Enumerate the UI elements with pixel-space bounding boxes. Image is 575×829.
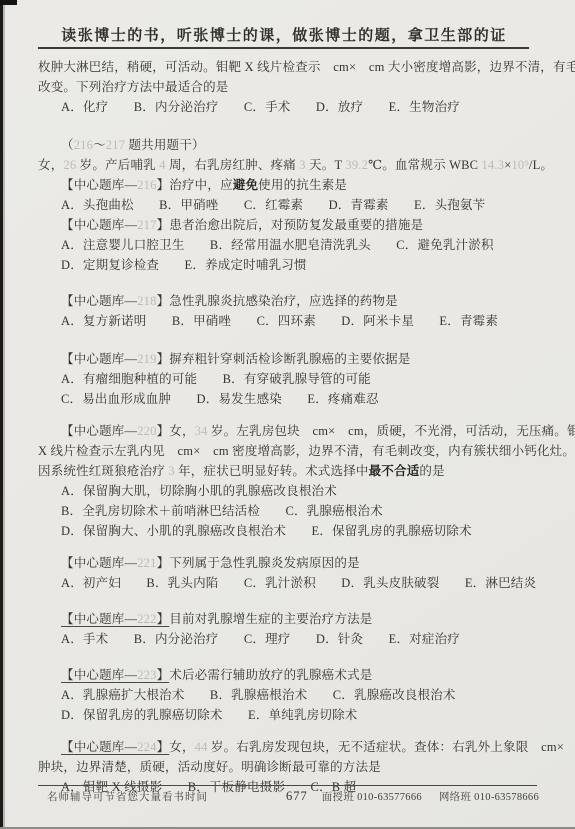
q223-options-1: A．乳腺癌扩大根治术 B．乳腺癌根治术 C．乳腺癌改良根治术 (38, 685, 538, 705)
footer-contact-classroom: 面授班 010-63577666 (322, 792, 422, 803)
page-footer: 名师辅导可节省您大量看书时间 677 面授班 010-63577666 网络班 … (38, 789, 537, 804)
shared-stem-text: 女，26 岁。产后哺乳 4 周，右乳房红肿、疼痛 3 天。T 39.2℃。血常规… (38, 155, 538, 175)
footer-page-number: 677 (286, 789, 308, 804)
intro-continuation-line-1: 枚肿大淋巴结，稍硬，可活动。钼靶 X 线片检查示 cm× cm 大小密度增高影，… (38, 57, 538, 77)
footer-rule (38, 785, 537, 786)
q221-header: 【中心题库—221】下列属于急性乳腺炎发病原因的是 (38, 553, 538, 573)
q220-option-a: A．保留胸大肌，切除胸小肌的乳腺癌改良根治术 (38, 481, 538, 501)
q217-options-1: A．注意婴儿口腔卫生 B．经常用温水肥皂清洗乳头 C．避免乳汁淤积 (38, 235, 538, 255)
scan-corner-mark (0, 0, 17, 5)
q224-header: 【中心题库—224】女，44 岁。右乳房发现包块，无不适症状。查体：右乳外上象限… (38, 737, 538, 757)
header-slogan: 读张博士的书，听张博士的课，做张博士的题，拿卫生部的证 (38, 24, 530, 45)
q220-header: 【中心题库—220】女，34 岁。左乳房包块 cm× cm，质硬，不光滑，可活动… (38, 421, 538, 441)
q219-header: 【中心题库—219】摒弃粗针穿刺活检诊断乳腺癌的主要依据是 (38, 349, 538, 369)
intro-options: A．化疗 B．内分泌治疗 C．手术 D．放疗 E．生物治疗 (38, 97, 538, 117)
scan-edge-left-shadow (3, 0, 5, 829)
intro-continuation-line-2: 改变。下列治疗方法中最适合的是 (38, 77, 538, 97)
q220-options-de: D．保留胸大、小肌的乳腺癌改良根治术 E．保留乳房的乳腺癌切除术 (38, 521, 538, 541)
q223-options-2: D．保留乳房的乳腺癌切除术 E．单纯乳房切除术 (38, 705, 538, 725)
q220-stem-line-3: 因系统性红斑狼疮治疗 3 年，症状已明显好转。术式选择中最不合适的是 (38, 461, 538, 481)
footer-contact-online: 网络班 010-63578666 (439, 792, 539, 803)
q223-header: 【中心题库—223】术后必需行辅助放疗的乳腺癌术式是 (38, 665, 538, 685)
q219-options-1: A．有瘤细胞种植的可能 B．有穿破乳腺导管的可能 (38, 369, 538, 389)
header-rule (38, 47, 529, 49)
q220-stem-line-2: X 线片检查示左乳内见 cm× cm 密度增高影，边界不清，有毛刺改变，内有簇状… (38, 441, 538, 461)
q218-options: A．复方新诺明 B．甲硝唑 C．四环素 D．阿米卡星 E．青霉素 (38, 311, 538, 331)
q218-header: 【中心题库—218】急性乳腺炎抗感染治疗，应选择的药物是 (38, 291, 538, 311)
scanned-exam-page: 读张博士的书，听张博士的课，做张博士的题，拿卫生部的证 枚肿大淋巴结，稍硬，可活… (0, 0, 575, 829)
q219-options-2: C．易出血形成血肿 D．易发生感染 E．疼痛难忍 (38, 389, 538, 409)
q221-options: A．初产妇 B．乳头内陷 C．乳汁淤积 D．乳头皮肤破裂 E．淋巴结炎 (38, 573, 538, 593)
q222-options: A．手术 B．内分泌治疗 C．理疗 D．针灸 E．对症治疗 (38, 629, 538, 649)
q216-header: 【中心题库—216】治疗中，应避免使用的抗生素是 (38, 175, 538, 195)
q222-header: 【中心题库—222】目前对乳腺增生症的主要治疗方法是 (38, 609, 538, 629)
shared-stem-label: （216～217 题共用题干） (38, 135, 538, 155)
q220-options-bc: B．全乳房切除术＋前哨淋巴结活检 C．乳腺癌根治术 (38, 501, 538, 521)
question-content: 枚肿大淋巴结，稍硬，可活动。钼靶 X 线片检查示 cm× cm 大小密度增高影，… (38, 57, 538, 797)
q216-options: A．头孢曲松 B．甲硝唑 C．红霉素 D．青霉素 E．头孢氨苄 (38, 195, 538, 215)
q224-stem-line-2: 肿块，边界清楚，质硬，活动度好。明确诊断最可靠的方法是 (38, 757, 538, 777)
footer-contacts: 面授班 010-63577666 网络班 010-63578666 (308, 789, 539, 804)
q217-header: 【中心题库—217】患者治愈出院后，对预防复发最重要的措施是 (38, 215, 538, 235)
q217-options-2: D．定期复诊检查 E．养成定时哺乳习惯 (38, 255, 538, 275)
footer-tagline: 名师辅导可节省您大量看书时间 (38, 789, 208, 804)
